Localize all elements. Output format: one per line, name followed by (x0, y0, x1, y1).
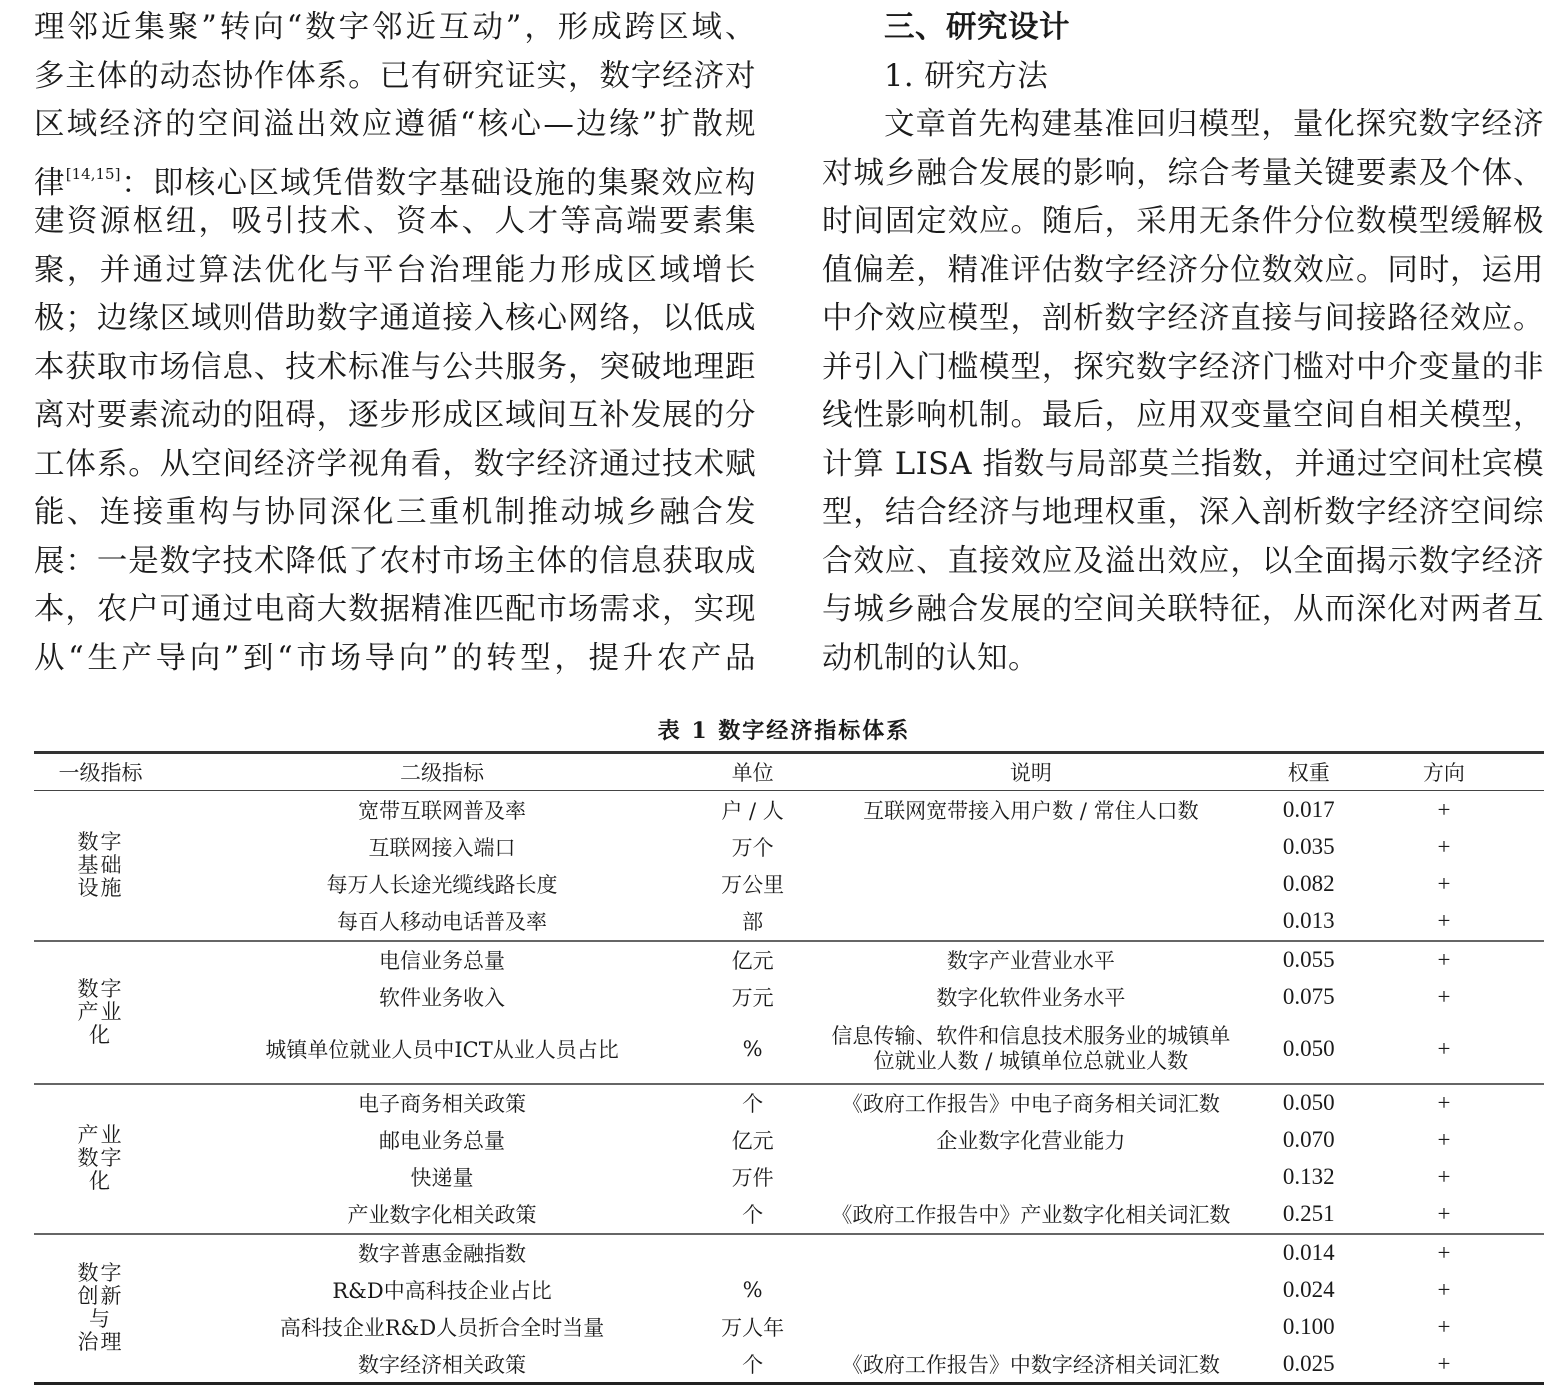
level1-line: 设施 (34, 877, 167, 900)
text-line: 离对要素流动的阻碍，逐步形成区域间互补发展的分 (34, 392, 756, 441)
unit-cell: % (717, 1016, 788, 1084)
text-line: 本，农户可通过电商大数据精准匹配市场需求，实现 (34, 586, 756, 635)
level1-line: 创新 (34, 1285, 167, 1308)
text-line: 本获取市场信息、技术标准与公共服务，突破地理距 (34, 344, 756, 393)
text-line: 线性影响机制。最后，应用双变量空间自相关模型， (822, 392, 1544, 441)
text-line: 聚，并通过算法优化与平台治理能力形成区域增长 (34, 247, 756, 296)
indicator-cell: 邮电业务总量 (167, 1121, 717, 1159)
level1-cell: 数字 产业 化 (34, 941, 167, 1084)
text-line: 合效应、直接效应及溢出效应，以全面揭示数字经济 (822, 538, 1544, 587)
text-line: 能、连接重构与协同深化三重机制推动城乡融合发 (34, 489, 756, 538)
indicator-cell: 数字普惠金融指数 (167, 1234, 717, 1272)
text-fragment: 律 (34, 166, 66, 199)
unit-cell: % (717, 1271, 788, 1309)
weight-cell: 0.082 (1274, 866, 1344, 904)
left-column-text: 理邻近集聚”转向“数字邻近互动”，形成跨区域、 多主体的动态协作体系。已有研究证… (34, 4, 756, 683)
weight-cell: 0.025 (1274, 1346, 1344, 1384)
indicator-cell: 互联网接入端口 (167, 828, 717, 866)
table-row: 数字经济相关政策 个 《政府工作报告》中数字经济相关词汇数 0.025 + (34, 1346, 1544, 1384)
table-row: 邮电业务总量 亿元 企业数字化营业能力 0.070 + (34, 1121, 1544, 1159)
table-row: 产业数字化相关政策 个 《政府工作报告中》产业数字化相关词汇数 0.251 + (34, 1196, 1544, 1234)
table-group-digital-innovation-governance: 数字 创新 与 治理 数字普惠金融指数 0.014 + R&D中高科技企业占比 … (34, 1234, 1544, 1384)
indicator-cell: 电子商务相关政策 (167, 1084, 717, 1122)
weight-cell: 0.013 (1274, 903, 1344, 941)
description-cell (788, 828, 1274, 866)
level1-cell: 产业 数字 化 (34, 1084, 167, 1234)
weight-cell: 0.014 (1274, 1234, 1344, 1272)
text-line: 文章首先构建基准回归模型，量化探究数字经济 (822, 101, 1544, 150)
table-row: 产业 数字 化 电子商务相关政策 个 《政府工作报告》中电子商务相关词汇数 0.… (34, 1084, 1544, 1122)
level1-cell: 数字 基础 设施 (34, 791, 167, 941)
table-row: 互联网接入端口 万个 0.035 + (34, 828, 1544, 866)
section-heading: 三、研究设计 (822, 4, 1544, 53)
unit-cell: 亿元 (717, 1121, 788, 1159)
indicator-cell: 快递量 (167, 1159, 717, 1197)
text-line: 多主体的动态协作体系。已有研究证实，数字经济对 (34, 53, 756, 102)
citation-superscript[interactable]: [14,15] (66, 165, 121, 183)
unit-cell: 个 (717, 1196, 788, 1234)
weight-cell: 0.100 (1274, 1309, 1344, 1347)
indicator-cell: 产业数字化相关政策 (167, 1196, 717, 1234)
unit-cell: 万件 (717, 1159, 788, 1197)
direction-cell: + (1344, 1084, 1544, 1122)
direction-cell: + (1344, 1196, 1544, 1234)
level1-line: 数字 (34, 1147, 167, 1170)
unit-cell: 万个 (717, 828, 788, 866)
description-cell: 数字化软件业务水平 (788, 978, 1274, 1016)
level1-line: 数字 (34, 978, 167, 1001)
direction-cell: + (1344, 866, 1544, 904)
text-line: 展：一是数字技术降低了农村市场主体的信息获取成 (34, 538, 756, 587)
level1-line: 产业 (34, 1001, 167, 1024)
description-cell (788, 866, 1274, 904)
direction-cell: + (1344, 1159, 1544, 1197)
direction-cell: + (1344, 1121, 1544, 1159)
level1-line: 治理 (34, 1331, 167, 1354)
text-line: 中介效应模型，剖析数字经济直接与间接路径效应。 (822, 295, 1544, 344)
weight-cell: 0.035 (1274, 828, 1344, 866)
direction-cell: + (1344, 828, 1544, 866)
description-cell: 《政府工作报告》中电子商务相关词汇数 (788, 1084, 1274, 1122)
indicator-cell: 宽带互联网普及率 (167, 791, 717, 829)
text-line-with-citation: 律[14,15]：即核心区域凭借数字基础设施的集聚效应构 (34, 150, 756, 199)
indicator-cell: 每百人移动电话普及率 (167, 903, 717, 941)
level1-line: 产业 (34, 1124, 167, 1147)
description-cell (788, 1309, 1274, 1347)
indicator-cell: 高科技企业R&D人员折合全时当量 (167, 1309, 717, 1347)
direction-cell: + (1344, 903, 1544, 941)
direction-cell: + (1344, 1016, 1544, 1084)
header-level1: 一级指标 (34, 753, 167, 791)
indicator-table: 一级指标 二级指标 单位 说明 权重 方向 数字 基础 设施 宽带互联网普及率 … (34, 751, 1544, 1385)
indicator-cell: R&D中高科技企业占比 (167, 1271, 717, 1309)
text-line: 对城乡融合发展的影响，综合考量关键要素及个体、 (822, 150, 1544, 199)
description-cell: 企业数字化营业能力 (788, 1121, 1274, 1159)
table-row: 城镇单位就业人员中ICT从业人员占比 % 信息传输、软件和信息技术服务业的城镇单… (34, 1016, 1544, 1084)
subsection-heading: 1. 研究方法 (822, 53, 1544, 102)
indicator-cell: 电信业务总量 (167, 941, 717, 979)
direction-cell: + (1344, 1234, 1544, 1272)
unit-cell (717, 1234, 788, 1272)
weight-cell: 0.017 (1274, 791, 1344, 829)
text-line: 极；边缘区域则借助数字通道接入核心网络，以低成 (34, 295, 756, 344)
unit-cell: 万元 (717, 978, 788, 1016)
description-cell: 互联网宽带接入用户数 / 常住人口数 (788, 791, 1274, 829)
level1-line: 化 (34, 1170, 167, 1193)
description-cell (788, 1234, 1274, 1272)
text-line: 从“生产导向”到“市场导向”的转型，提升农产品 (34, 635, 756, 684)
header-level2: 二级指标 (167, 753, 717, 791)
level1-line: 化 (34, 1024, 167, 1047)
unit-cell: 亿元 (717, 941, 788, 979)
text-line: 值偏差，精准评估数字经济分位数效应。同时，运用 (822, 247, 1544, 296)
text-line: 并引入门槛模型，探究数字经济门槛对中介变量的非 (822, 344, 1544, 393)
unit-cell: 部 (717, 903, 788, 941)
text-line: 工体系。从空间经济学视角看，数字经济通过技术赋 (34, 441, 756, 490)
text-line: 与城乡融合发展的空间关联特征，从而深化对两者互 (822, 586, 1544, 635)
text-line: 计算 LISA 指数与局部莫兰指数，并通过空间杜宾模 (822, 441, 1544, 490)
description-cell: 《政府工作报告中》产业数字化相关词汇数 (788, 1196, 1274, 1234)
table-row: 数字 创新 与 治理 数字普惠金融指数 0.014 + (34, 1234, 1544, 1272)
weight-cell: 0.070 (1274, 1121, 1344, 1159)
unit-cell: 万公里 (717, 866, 788, 904)
unit-cell: 个 (717, 1346, 788, 1384)
table-header-row: 一级指标 二级指标 单位 说明 权重 方向 (34, 753, 1544, 791)
header-description: 说明 (788, 753, 1274, 791)
weight-cell: 0.075 (1274, 978, 1344, 1016)
level1-line: 数字 (34, 1262, 167, 1285)
text-line: 理邻近集聚”转向“数字邻近互动”，形成跨区域、 (34, 4, 756, 53)
table-row: 高科技企业R&D人员折合全时当量 万人年 0.100 + (34, 1309, 1544, 1347)
header-unit: 单位 (717, 753, 788, 791)
table-group-industrial-digitalization: 产业 数字 化 电子商务相关政策 个 《政府工作报告》中电子商务相关词汇数 0.… (34, 1084, 1544, 1234)
description-cell (788, 1159, 1274, 1197)
unit-cell: 个 (717, 1084, 788, 1122)
header-direction: 方向 (1344, 753, 1544, 791)
level1-cell: 数字 创新 与 治理 (34, 1234, 167, 1384)
table-row: 每万人长途光缆线路长度 万公里 0.082 + (34, 866, 1544, 904)
text-line: 建资源枢纽，吸引技术、资本、人才等高端要素集 (34, 198, 756, 247)
text-line: 区域经济的空间溢出效应遵循“核心—边缘”扩散规 (34, 101, 756, 150)
weight-cell: 0.055 (1274, 941, 1344, 979)
level1-line: 基础 (34, 854, 167, 877)
table-row: 数字 基础 设施 宽带互联网普及率 户 / 人 互联网宽带接入用户数 / 常住人… (34, 791, 1544, 829)
text-fragment: ：即核心区域凭借数字基础设施的集聚效应构 (120, 166, 756, 199)
description-line: 信息传输、软件和信息技术服务业的城镇单 (788, 1024, 1274, 1049)
table-group-digital-industrialization: 数字 产业 化 电信业务总量 亿元 数字产业营业水平 0.055 + 软件业务收… (34, 941, 1544, 1084)
table-caption: 表 1 数字经济指标体系 (0, 714, 1568, 745)
weight-cell: 0.251 (1274, 1196, 1344, 1234)
direction-cell: + (1344, 1271, 1544, 1309)
weight-cell: 0.024 (1274, 1271, 1344, 1309)
table-row: 软件业务收入 万元 数字化软件业务水平 0.075 + (34, 978, 1544, 1016)
text-line: 型，结合经济与地理权重，深入剖析数字经济空间综 (822, 489, 1544, 538)
header-weight: 权重 (1274, 753, 1344, 791)
description-cell: 信息传输、软件和信息技术服务业的城镇单 位就业人数 / 城镇单位总就业人数 (788, 1016, 1274, 1084)
weight-cell: 0.050 (1274, 1084, 1344, 1122)
unit-cell: 户 / 人 (717, 791, 788, 829)
text-line: 动机制的认知。 (822, 635, 1544, 684)
table-row: 快递量 万件 0.132 + (34, 1159, 1544, 1197)
indicator-cell: 软件业务收入 (167, 978, 717, 1016)
description-cell: 《政府工作报告》中数字经济相关词汇数 (788, 1346, 1274, 1384)
direction-cell: + (1344, 791, 1544, 829)
indicator-cell: 数字经济相关政策 (167, 1346, 717, 1384)
description-cell (788, 1271, 1274, 1309)
direction-cell: + (1344, 941, 1544, 979)
text-line: 时间固定效应。随后，采用无条件分位数模型缓解极 (822, 198, 1544, 247)
direction-cell: + (1344, 978, 1544, 1016)
direction-cell: + (1344, 1346, 1544, 1384)
description-cell: 数字产业营业水平 (788, 941, 1274, 979)
indicator-cell: 每万人长途光缆线路长度 (167, 866, 717, 904)
level1-line: 与 (34, 1308, 167, 1331)
table-group-digital-infrastructure: 数字 基础 设施 宽带互联网普及率 户 / 人 互联网宽带接入用户数 / 常住人… (34, 791, 1544, 941)
table-row: R&D中高科技企业占比 % 0.024 + (34, 1271, 1544, 1309)
table-row: 每百人移动电话普及率 部 0.013 + (34, 903, 1544, 941)
direction-cell: + (1344, 1309, 1544, 1347)
indicator-cell: 城镇单位就业人员中ICT从业人员占比 (167, 1016, 717, 1084)
unit-cell: 万人年 (717, 1309, 788, 1347)
right-column-text: 三、研究设计 1. 研究方法 文章首先构建基准回归模型，量化探究数字经济 对城乡… (822, 4, 1544, 683)
level1-line: 数字 (34, 831, 167, 854)
description-cell (788, 903, 1274, 941)
weight-cell: 0.050 (1274, 1016, 1344, 1084)
table-row: 数字 产业 化 电信业务总量 亿元 数字产业营业水平 0.055 + (34, 941, 1544, 979)
weight-cell: 0.132 (1274, 1159, 1344, 1197)
description-line: 位就业人数 / 城镇单位总就业人数 (788, 1049, 1274, 1074)
